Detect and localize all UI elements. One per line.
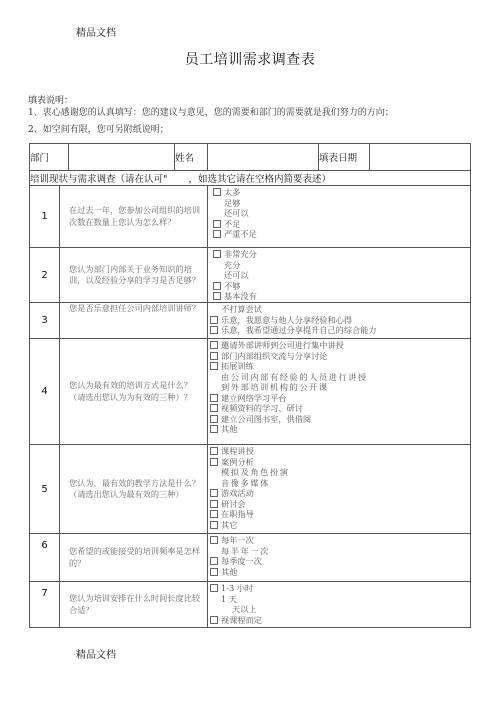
section-title: 培训现状与需求调查（请在认可" ，如选其它请在空格内简要表述） bbox=[30, 171, 471, 186]
option-checkbox[interactable]: 游戏活动 bbox=[210, 488, 470, 499]
question-row-1: 1 在过去一年，您参加公司组织的培训次数在数量上您认为怎么样？ 太多 足够 还可… bbox=[30, 186, 471, 248]
option-checkbox[interactable]: 1-3 小时 bbox=[210, 583, 470, 594]
checkbox-icon[interactable] bbox=[210, 536, 218, 544]
option-checkbox[interactable]: 每季度一次 bbox=[210, 556, 470, 567]
option-text: 模拟及角色扮演 bbox=[210, 467, 470, 478]
checkbox-icon[interactable] bbox=[213, 250, 221, 258]
option-checkbox[interactable]: 乐意，我愿意与他人分享经验和心得 bbox=[210, 315, 470, 326]
question-number: 2 bbox=[30, 248, 60, 303]
option-checkbox[interactable]: 在职指导 bbox=[210, 509, 470, 520]
option-checkbox[interactable]: 视频资料的学习、研讨 bbox=[210, 403, 470, 414]
checkbox-icon[interactable] bbox=[210, 616, 218, 624]
checkbox-icon[interactable] bbox=[210, 510, 218, 518]
instruction-item-1: 1、衷心感谢您的认真填写：您的建议与意见，您的需要和部门的需要就是我们努力的方向… bbox=[28, 105, 394, 118]
option-checkbox[interactable]: 太多 bbox=[213, 187, 470, 198]
department-field[interactable] bbox=[69, 144, 175, 171]
options-cell: 太多 足够 还可以 不足 严重不足 bbox=[208, 186, 471, 248]
options-cell: 不打算尝试 乐意，我愿意与他人分享经验和心得 乐意，我希望通过分享提升自己的综合… bbox=[208, 303, 471, 339]
options-cell: 课程讲授 案例分析 模拟及角色扮演 音像多媒体 游戏活动 研讨会 在职指导 其它 bbox=[208, 445, 471, 534]
checkbox-icon[interactable] bbox=[213, 292, 221, 300]
question-text: 您是否乐意担任公司内部培训讲师？ bbox=[60, 303, 208, 339]
option-checkbox[interactable]: 建立公司图书室，供借阅 bbox=[210, 414, 470, 425]
option-checkbox[interactable]: 不够 bbox=[213, 281, 470, 292]
option-checkbox[interactable]: 视课程而定 bbox=[210, 615, 470, 626]
question-number: 1 bbox=[30, 186, 60, 248]
date-label: 填表日期 bbox=[319, 144, 370, 171]
option-checkbox[interactable]: 建立网络学习平台 bbox=[210, 393, 470, 404]
option-checkbox[interactable]: 每年一次 bbox=[210, 535, 470, 546]
checkbox-icon[interactable] bbox=[210, 316, 218, 324]
option-text: 天以上 bbox=[210, 604, 470, 615]
checkbox-icon[interactable] bbox=[210, 500, 218, 508]
option-checkbox[interactable]: 拓展训练 bbox=[210, 361, 470, 372]
checkbox-icon[interactable] bbox=[210, 584, 218, 592]
option-checkbox[interactable]: 非常充分 bbox=[213, 249, 470, 260]
question-row-2: 2 您认为部门内部关于业务知识的培训，以及经验分享的学习是否足够？ 非常充分 充… bbox=[30, 248, 471, 303]
name-field[interactable] bbox=[208, 144, 319, 171]
checkbox-icon[interactable] bbox=[210, 341, 218, 349]
option-text: 还可以 bbox=[213, 270, 470, 281]
option-checkbox[interactable]: 其他 bbox=[210, 567, 470, 578]
checkbox-icon[interactable] bbox=[210, 362, 218, 370]
department-label: 部门 bbox=[30, 144, 69, 171]
options-cell: 非常充分 充分 还可以 不够 基本没有 bbox=[208, 248, 471, 303]
checkbox-icon[interactable] bbox=[210, 489, 218, 497]
checkbox-icon[interactable] bbox=[210, 557, 218, 565]
checkbox-icon[interactable] bbox=[210, 352, 218, 360]
question-row-3: 3 您是否乐意担任公司内部培训讲师？ 不打算尝试 乐意，我愿意与他人分享经验和心… bbox=[30, 303, 471, 339]
option-checkbox[interactable]: 其他 bbox=[210, 424, 470, 435]
question-text: 您认为培训安排在什么时间长度比较合适？ bbox=[60, 582, 208, 628]
question-row-5: 5 您认为，最有效的教学方法是什么？（请选出您认为最有效的三种） 课程讲授 案例… bbox=[30, 445, 471, 534]
option-text: 到外部培训机构的公开课 bbox=[210, 382, 470, 393]
options-cell: 每年一次 每半年一次 每季度一次 其他 bbox=[208, 534, 471, 582]
options-cell: 1-3 小时 1 天 天以上 视课程而定 bbox=[208, 582, 471, 628]
checkbox-icon[interactable] bbox=[210, 394, 218, 402]
question-number: 7 bbox=[30, 582, 60, 628]
question-text: 您希望的或能接受的培训频率是怎样的？ bbox=[60, 534, 208, 582]
checkbox-icon[interactable] bbox=[210, 521, 218, 529]
checkbox-icon[interactable] bbox=[210, 415, 218, 423]
option-checkbox[interactable]: 邀请外部讲师到公司进行集中讲授 bbox=[210, 340, 470, 351]
question-number: 4 bbox=[30, 339, 60, 445]
option-text: 1 天 bbox=[210, 594, 470, 605]
option-checkbox[interactable]: 乐意，我希望通过分享提升自己的综合能力 bbox=[210, 325, 470, 336]
option-checkbox[interactable]: 基本没有 bbox=[213, 291, 470, 302]
header-watermark: 精品文档 bbox=[76, 24, 116, 39]
option-checkbox[interactable]: 不足 bbox=[213, 219, 470, 230]
option-text: 充分 bbox=[213, 260, 470, 271]
options-cell: 邀请外部讲师到公司进行集中讲授 部门内部组织交流与分享讨论 拓展训练 由公司内部… bbox=[208, 339, 471, 445]
option-text: 足够 bbox=[213, 198, 470, 209]
question-row-4: 4 您认为最有效的培训方式是什么？（请选出您认为为有效的三种）？ 邀请外部讲师到… bbox=[30, 339, 471, 445]
question-text: 在过去一年，您参加公司组织的培训次数在数量上您认为怎么样？ bbox=[60, 186, 208, 248]
checkbox-icon[interactable] bbox=[213, 230, 221, 238]
option-text: 每半年一次 bbox=[210, 546, 470, 557]
checkbox-icon[interactable] bbox=[213, 220, 221, 228]
question-text: 您认为最有效的培训方式是什么？（请选出您认为为有效的三种）？ bbox=[60, 339, 208, 445]
checkbox-icon[interactable] bbox=[210, 458, 218, 466]
question-number: 5 bbox=[30, 445, 60, 534]
checkbox-icon[interactable] bbox=[213, 188, 221, 196]
option-text: 还可以 bbox=[213, 208, 470, 219]
option-checkbox[interactable]: 研讨会 bbox=[210, 499, 470, 510]
header-fields-row: 部门 姓名 填表日期 bbox=[30, 144, 471, 171]
page-title: 员工培训需求调查表 bbox=[0, 49, 500, 69]
option-text: 由公司内部有经验的人员进行讲授 bbox=[210, 372, 470, 383]
option-text: 音像多媒体 bbox=[210, 478, 470, 489]
checkbox-icon[interactable] bbox=[210, 447, 218, 455]
training-survey-table: 部门 姓名 填表日期 培训现状与需求调查（请在认可" ，如选其它请在空格内简要表… bbox=[29, 143, 471, 628]
option-text: 不打算尝试 bbox=[210, 304, 470, 315]
question-row-7: 7 您认为培训安排在什么时间长度比较合适？ 1-3 小时 1 天 天以上 视课程… bbox=[30, 582, 471, 628]
checkbox-icon[interactable] bbox=[210, 326, 218, 334]
question-number: 6 bbox=[30, 534, 60, 582]
option-checkbox[interactable]: 课程讲授 bbox=[210, 446, 470, 457]
name-label: 姓名 bbox=[175, 144, 208, 171]
date-field[interactable] bbox=[370, 144, 471, 171]
question-text: 您认为，最有效的教学方法是什么？（请选出您认为最有效的三种） bbox=[60, 445, 208, 534]
checkbox-icon[interactable] bbox=[210, 404, 218, 412]
question-row-6: 6 您希望的或能接受的培训频率是怎样的？ 每年一次 每半年一次 每季度一次 其他 bbox=[30, 534, 471, 582]
question-text: 您认为部门内部关于业务知识的培训，以及经验分享的学习是否足够？ bbox=[60, 248, 208, 303]
footer-watermark: 精品文档 bbox=[76, 646, 116, 661]
checkbox-icon[interactable] bbox=[210, 425, 218, 433]
option-checkbox[interactable]: 严重不足 bbox=[213, 229, 470, 240]
instruction-item-2: 2、如空间有限，您可另附纸说明； bbox=[28, 122, 169, 135]
checkbox-icon[interactable] bbox=[210, 568, 218, 576]
option-checkbox[interactable]: 其它 bbox=[210, 520, 470, 531]
option-checkbox[interactable]: 部门内部组织交流与分享讨论 bbox=[210, 351, 470, 362]
option-checkbox[interactable]: 案例分析 bbox=[210, 457, 470, 468]
section-header-row: 培训现状与需求调查（请在认可" ，如选其它请在空格内简要表述） bbox=[30, 171, 471, 186]
question-number: 3 bbox=[30, 303, 60, 339]
checkbox-icon[interactable] bbox=[213, 282, 221, 290]
